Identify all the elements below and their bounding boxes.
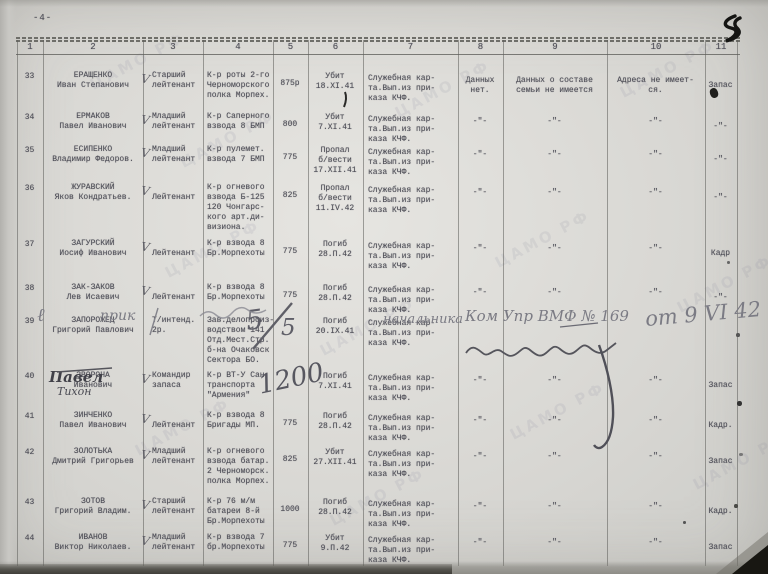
scan-bottom-edge-dark — [0, 564, 452, 574]
row-number-cell: 34 — [17, 113, 42, 123]
pay-cell: 825 — [273, 191, 307, 201]
name-cell: ИВАНОВ Виктор Николаев. — [44, 533, 142, 553]
handwritten-checkmark-icon: V — [140, 497, 151, 512]
address-cell: -"- — [607, 502, 704, 512]
column-number: 11 — [705, 42, 737, 52]
row-number-cell: 42 — [17, 448, 42, 458]
status-cell: Кадр. — [705, 507, 736, 517]
column-number: 10 — [607, 42, 705, 52]
row-number-cell: 40 — [17, 372, 42, 382]
name-cell: ЗИНЧЕНКО Павел Иванович — [44, 411, 142, 431]
family-cell: -"- — [503, 117, 606, 127]
card-cell: Служебная кар- та.Вып.из при- каза КЧФ. — [368, 374, 457, 404]
data-availability-cell: -"- — [458, 538, 502, 548]
handwritten-note-prik: прик — [100, 308, 135, 324]
rank-cell: Лейтенант — [152, 283, 202, 303]
address-cell: -"- — [607, 376, 704, 386]
handwritten-flourish: ℓ — [37, 305, 45, 326]
scanned-page: -4- ЦАМО РФЦАМО РФЦАМО РФЦАМО РФЦАМО РФЦ… — [0, 0, 768, 574]
watermark-text: ЦАМО РФ — [492, 206, 593, 271]
signature — [466, 343, 616, 356]
row-number-cell: 41 — [17, 412, 42, 422]
row-number-cell: 38 — [17, 284, 42, 294]
name-cell: ЕРАЩЕНКО Иван Степанович — [44, 71, 142, 91]
address-cell: -"- — [607, 538, 704, 548]
family-cell: -"- — [503, 244, 606, 254]
page-number: -4- — [33, 13, 52, 23]
rank-cell: Лейтенант — [152, 411, 202, 431]
handwritten-number-5a: 5 — [244, 304, 265, 337]
status-cell: -"- — [705, 193, 736, 203]
family-cell: -"- — [503, 452, 606, 462]
pay-cell: 1000 — [273, 505, 307, 515]
card-cell: Служебная кар- та.Вып.из при- каза КЧФ. — [368, 500, 457, 530]
row-number-cell: 36 — [17, 184, 42, 194]
family-cell: -"- — [503, 416, 606, 426]
status-cell: Кадр. — [705, 421, 736, 431]
name-cell: ЗАГУРСКИЙ Иосиф Иванович — [44, 239, 142, 259]
handwritten-checkmark-icon: V — [140, 239, 151, 254]
family-cell: -"- — [503, 288, 606, 298]
pay-cell: 775 — [273, 291, 307, 301]
data-availability-cell: -"- — [458, 416, 502, 426]
data-availability-cell: -"- — [458, 188, 502, 198]
position-cell: К-р взвода 8 Бр.Морпехоты — [207, 239, 272, 259]
pay-cell: 775 — [273, 153, 307, 163]
pay-cell: 775 — [273, 419, 307, 429]
column-number: 4 — [203, 42, 273, 52]
status-cell: Запас — [705, 457, 736, 467]
rank-cell: Младший лейтенант — [152, 447, 202, 467]
row-number-cell: 43 — [17, 498, 42, 508]
row-number-cell: 33 — [17, 72, 42, 82]
column-number: 5 — [273, 42, 308, 52]
paper-top-edge — [0, 0, 768, 7]
column-line — [203, 40, 204, 566]
scan-artifact-speck — [727, 261, 730, 264]
name-cell: ЗАК-ЗАКОВ Лев Исаевич — [44, 283, 142, 303]
status-cell: Кадр — [705, 249, 736, 259]
card-cell: Служебная кар- та.Вып.из при- каза КЧФ. — [368, 148, 457, 178]
rank-cell: Младший лейтенант — [152, 145, 202, 165]
rank-cell: Командир запаса — [152, 371, 202, 391]
name-cell: ЖУРАВСКИЙ Яков Кондратьев. — [44, 183, 142, 203]
row-number-cell: 37 — [17, 240, 42, 250]
scan-artifact-speck — [736, 333, 740, 337]
family-cell: -"- — [503, 188, 606, 198]
card-cell: Служебная кар- та.Вып.из при- каза КЧФ. — [368, 186, 457, 216]
handwritten-checkmark-icon: V — [140, 183, 151, 198]
handwritten-checkmark-icon: V — [140, 371, 151, 386]
position-cell: К-р огневого взвода батар. 2 Черноморск.… — [207, 447, 272, 487]
column-number: 1 — [17, 42, 43, 52]
name-cell: ЗОТОВ Григорий Владим. — [44, 497, 142, 517]
address-cell: -"- — [607, 288, 704, 298]
data-availability-cell: Данных нет. — [458, 76, 502, 96]
data-availability-cell: -"- — [458, 452, 502, 462]
family-cell: -"- — [503, 538, 606, 548]
data-availability-cell: -"- — [458, 288, 502, 298]
position-cell: К-р роты 2-го Черноморского полка Морпех… — [207, 71, 272, 101]
handwritten-checkmark-icon: V — [140, 145, 151, 160]
fate-cell: Убит 18.XI.41 — [308, 72, 362, 92]
data-availability-cell: -"- — [458, 376, 502, 386]
handwritten-name-tikhon: Тихон — [57, 385, 92, 398]
rank-cell: Т/интенд. 2р. — [152, 316, 202, 336]
handwritten-note-date: от 9 VI 42 — [644, 297, 762, 331]
address-cell: -"- — [607, 244, 704, 254]
handwritten-checkmark-icon: V — [140, 71, 151, 86]
handwritten-checkmark-icon: V — [140, 112, 151, 127]
position-cell: К-р взвода 7 бр.Морпехоты — [207, 533, 272, 553]
card-cell: Служебная кар- та.Вып.из при- каза КЧФ. — [368, 115, 457, 145]
address-cell: -"- — [607, 416, 704, 426]
column-line — [273, 40, 274, 566]
rank-cell: Лейтенант — [152, 239, 202, 259]
position-cell: К-р взвода 8 Бр.Морпехоты — [207, 283, 272, 303]
ink-mark-row33 — [344, 92, 346, 107]
fate-cell: Погиб 28.П.42 — [308, 412, 362, 432]
fate-cell: Убит 9.П.42 — [308, 534, 362, 554]
table-top-dashed-line — [16, 37, 740, 39]
column-number: 8 — [458, 42, 503, 52]
address-cell: -"- — [607, 117, 704, 127]
handwritten-name-pavel: Павел — [49, 368, 103, 386]
pay-cell: 875р — [273, 79, 307, 89]
fate-cell: Убит 7.XI.41 — [308, 113, 362, 133]
column-number: 7 — [363, 42, 458, 52]
rank-cell: Младший лейтенант — [152, 533, 202, 553]
fate-cell: Погиб 28.П.42 — [308, 498, 362, 518]
name-cell: ЗОЛОТЬКА Дмитрий Григорьев — [44, 447, 142, 467]
handwritten-note-nachalnika: начальника — [383, 312, 463, 327]
rank-cell: Старший лейтенант — [152, 71, 202, 91]
handwritten-checkmark-icon: V — [140, 283, 151, 298]
card-cell: Служебная кар- та.Вып.из при- каза КЧФ. — [368, 242, 457, 272]
row-number-cell: 35 — [17, 146, 42, 156]
data-availability-cell: -"- — [458, 117, 502, 127]
header-underline — [16, 54, 740, 55]
name-cell: ЕРМАКОВ Павел Иванович — [44, 112, 142, 132]
position-cell: К-р взвода 8 Бригады МП. — [207, 411, 272, 431]
position-cell: К-р пулемет. взвода 7 БМП — [207, 145, 272, 165]
family-cell: -"- — [503, 150, 606, 160]
column-line — [363, 40, 364, 566]
pay-cell: 775 — [273, 541, 307, 551]
fate-cell: Пропал б/вести 11.IV.42 — [308, 184, 362, 214]
family-cell: -"- — [503, 376, 606, 386]
handwritten-checkmark-icon: V — [140, 533, 151, 548]
fate-cell: Погиб 28.П.42 — [308, 240, 362, 260]
rank-cell: Младший лейтенант — [152, 112, 202, 132]
data-availability-cell: -"- — [458, 244, 502, 254]
handwritten-note-order-number: Ком Упр ВМФ № 169 — [465, 307, 629, 325]
card-cell: Служебная кар- та.Вып.из при- каза КЧФ. — [368, 74, 457, 104]
fate-cell: Пропал б/вести 17.XII.41 — [308, 146, 362, 176]
pay-cell: 825 — [273, 455, 307, 465]
pay-cell: 775 — [273, 247, 307, 257]
scan-artifact-speck — [734, 504, 738, 508]
status-cell: -"- — [705, 122, 736, 132]
column-number: 9 — [503, 42, 607, 52]
watermark-text: ЦАМО РФ — [507, 378, 608, 443]
position-cell: К-р 76 м/м батареи 8-й Бр.Морпехоты — [207, 497, 272, 527]
handwritten-checkmark-icon: V — [140, 411, 151, 426]
address-cell: -"- — [607, 188, 704, 198]
data-availability-cell: -"- — [458, 150, 502, 160]
paper-left-edge — [0, 0, 16, 574]
status-cell: -"- — [705, 155, 736, 165]
fate-cell: Погиб 28.П.42 — [308, 284, 362, 304]
name-cell: ЕСИПЕНКО Владимир Федоров. — [44, 145, 142, 165]
scan-artifact-speck — [739, 453, 743, 456]
position-cell: К-р Саперного взвода 8 БМП — [207, 112, 272, 132]
family-cell: Данных о составе семьи не имеется — [503, 76, 606, 96]
scan-artifact-speck — [737, 401, 742, 406]
fate-cell: Убит 27.XII.41 — [308, 448, 362, 468]
address-cell: -"- — [607, 150, 704, 160]
row-number-cell: 44 — [17, 534, 42, 544]
pay-cell: 800 — [273, 120, 307, 130]
position-cell: К-р огневого взвода Б-125 120 Чонгарс- к… — [207, 183, 272, 233]
handwritten-checkmark-icon: V — [140, 447, 151, 462]
scan-artifact-speck — [683, 521, 686, 524]
family-cell: -"- — [503, 502, 606, 512]
handwritten-number-5b: 5 — [281, 315, 296, 341]
column-number: 2 — [43, 42, 143, 52]
rank-cell: Старший лейтенант — [152, 497, 202, 517]
data-availability-cell: -"- — [458, 502, 502, 512]
rank-cell: Лейтенант — [152, 183, 202, 203]
status-cell: Запас — [705, 381, 736, 391]
fate-cell: Погиб 20.IX.41 — [308, 317, 362, 337]
column-number: 3 — [143, 42, 203, 52]
address-cell: Адреса не имеет- ся. — [607, 76, 704, 96]
card-cell: Служебная кар- та.Вып.из при- каза КЧФ. — [368, 414, 457, 444]
card-cell: Служебная кар- та.Вып.из при- каза КЧФ. — [368, 450, 457, 480]
torn-corner — [732, 545, 768, 574]
address-cell: -"- — [607, 452, 704, 462]
column-number: 6 — [308, 42, 363, 52]
